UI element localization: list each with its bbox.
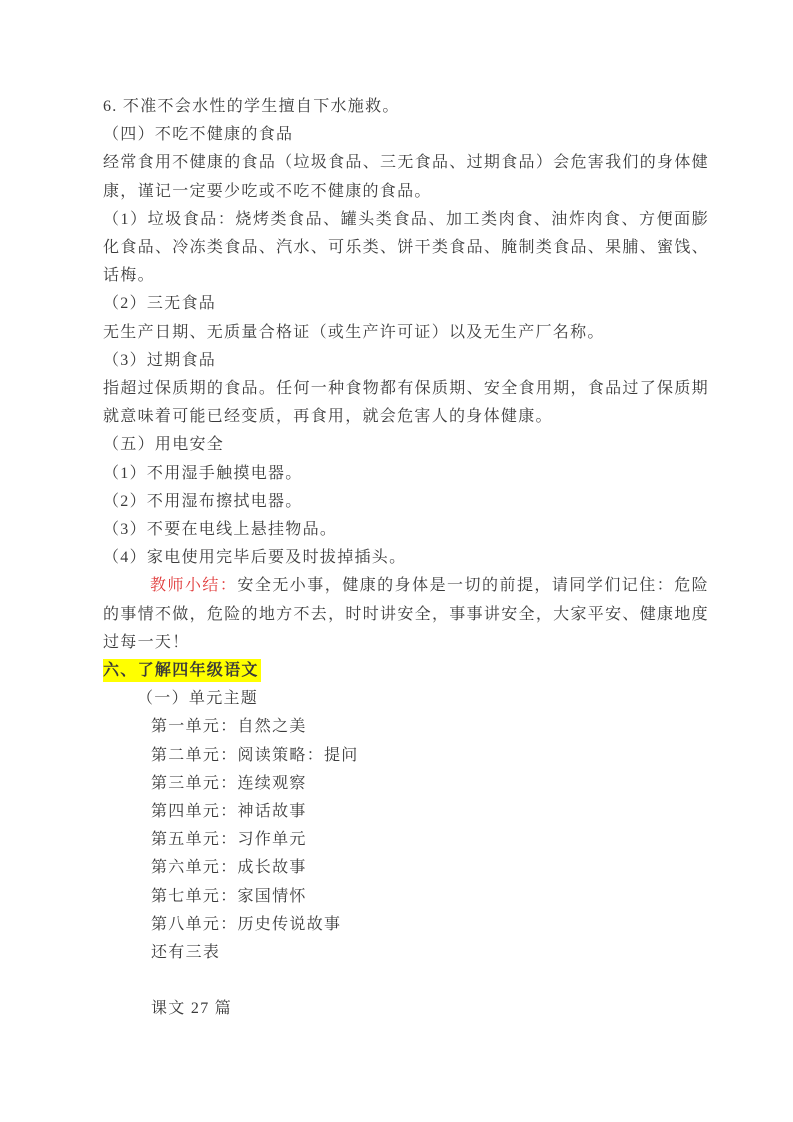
para-expired-food: 指超过保质期的食品。任何一种食物都有保质期、安全食用期，食品过了保质期就意味着可… [103,375,709,431]
electric-rule-item: （4）家电使用完毕后要及时拔掉插头。 [103,544,709,572]
unit-item: 第一单元：自然之美 [103,713,709,741]
electric-rule-item: （3）不要在电线上悬挂物品。 [103,516,709,544]
para-more-tables: 还有三表 [103,939,709,967]
section-heading-grade4-chinese: 六、了解四年级语文 [103,657,709,685]
para-junk-food: （1）垃圾食品：烧烤类食品、罐头类食品、加工类肉食、油炸肉食、方便面膨化食品、冷… [103,206,709,291]
unit-item: 第八单元：历史传说故事 [103,911,709,939]
unit-item: 第五单元：习作单元 [103,826,709,854]
teacher-summary-paragraph: 教师小结：安全无小事，健康的身体是一切的前提，请同学们记住：危险的事情不做，危险… [103,572,709,657]
unit-item: 第六单元：成长故事 [103,854,709,882]
blank-line [103,967,709,995]
heading-electric-safety: （五）用电安全 [103,431,709,459]
unit-item: 第四单元：神话故事 [103,798,709,826]
swim-rescue-rule: 6. 不准不会水性的学生擅自下水施救。 [103,93,709,121]
unit-item: 第二单元：阅读策略：提问 [103,742,709,770]
section-heading-unhealthy-food: （四）不吃不健康的食品 [103,121,709,149]
electric-rule-item: （1）不用湿手触摸电器。 [103,460,709,488]
teacher-summary-label: 教师小结： [150,577,237,594]
heading-no-label-food: （2）三无食品 [103,290,709,318]
para-lesson-count: 课文 27 篇 [103,995,709,1023]
subheading-unit-themes: （一）单元主题 [103,685,709,713]
unit-item: 第七单元：家国情怀 [103,883,709,911]
heading-expired-food: （3）过期食品 [103,347,709,375]
document-page: 6. 不准不会水性的学生擅自下水施救。 （四）不吃不健康的食品 经常食用不健康的… [0,0,793,1122]
para-unhealthy-food-intro: 经常食用不健康的食品（垃圾食品、三无食品、过期食品）会危害我们的身体健康，谨记一… [103,149,709,205]
electric-rule-item: （2）不用湿布擦拭电器。 [103,488,709,516]
para-no-label-food: 无生产日期、无质量合格证（或生产许可证）以及无生产厂名称。 [103,319,709,347]
grade4-chinese-heading-highlight: 六、了解四年级语文 [103,659,261,682]
unit-item: 第三单元：连续观察 [103,770,709,798]
